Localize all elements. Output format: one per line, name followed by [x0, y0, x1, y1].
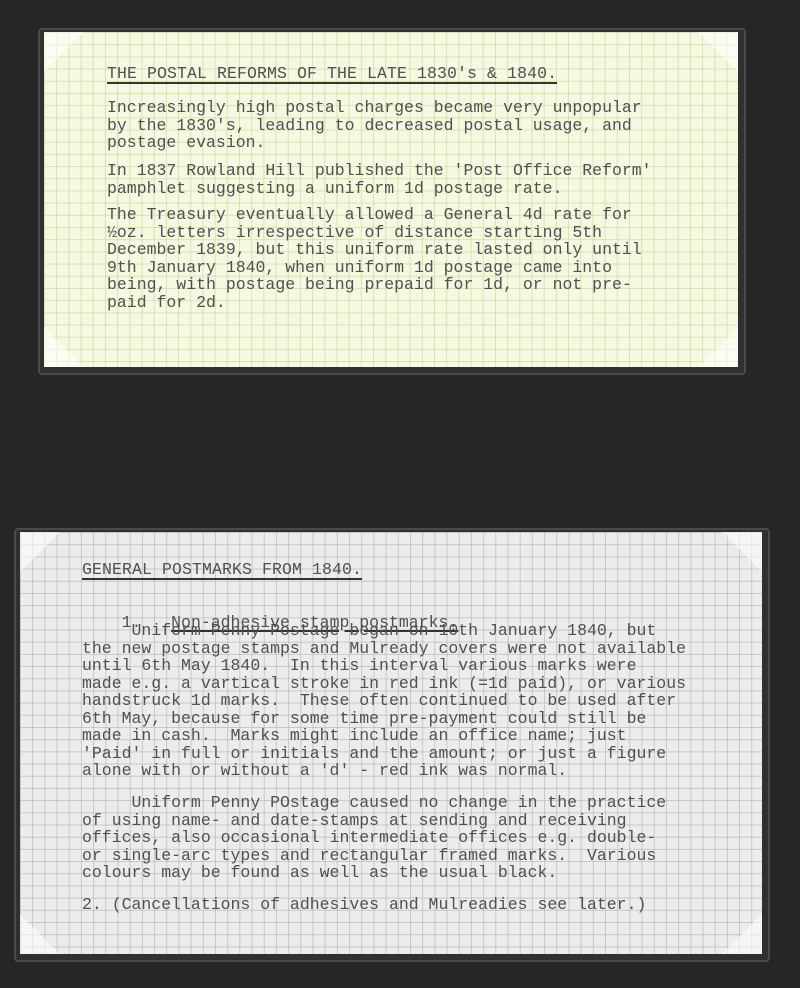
mount-corner [20, 532, 60, 572]
paragraph: Uniform Penny POstage caused no change i… [82, 794, 666, 882]
mount-corner [44, 327, 84, 367]
page-title: GENERAL POSTMARKS FROM 1840. [82, 560, 362, 579]
mount-corner [722, 532, 762, 572]
paragraph: Uniform Penny Postage began on 10th Janu… [82, 622, 686, 780]
section-2-note: 2. (Cancellations of adhesives and Mulre… [82, 896, 646, 914]
paragraph: The Treasury eventually allowed a Genera… [107, 206, 642, 311]
paragraph: In 1837 Rowland Hill published the 'Post… [107, 162, 652, 197]
album-page-general-postmarks: GENERAL POSTMARKS FROM 1840. 1. Non-adhe… [20, 532, 762, 954]
mount-corner [698, 32, 738, 72]
mount-corner [722, 914, 762, 954]
page-title: THE POSTAL REFORMS OF THE LATE 1830's & … [107, 64, 557, 83]
mount-corner [20, 914, 60, 954]
paragraph: Increasingly high postal charges became … [107, 99, 642, 152]
mount-corner [698, 327, 738, 367]
mount-corner [44, 32, 84, 72]
album-page-postal-reforms: THE POSTAL REFORMS OF THE LATE 1830's & … [44, 32, 738, 367]
